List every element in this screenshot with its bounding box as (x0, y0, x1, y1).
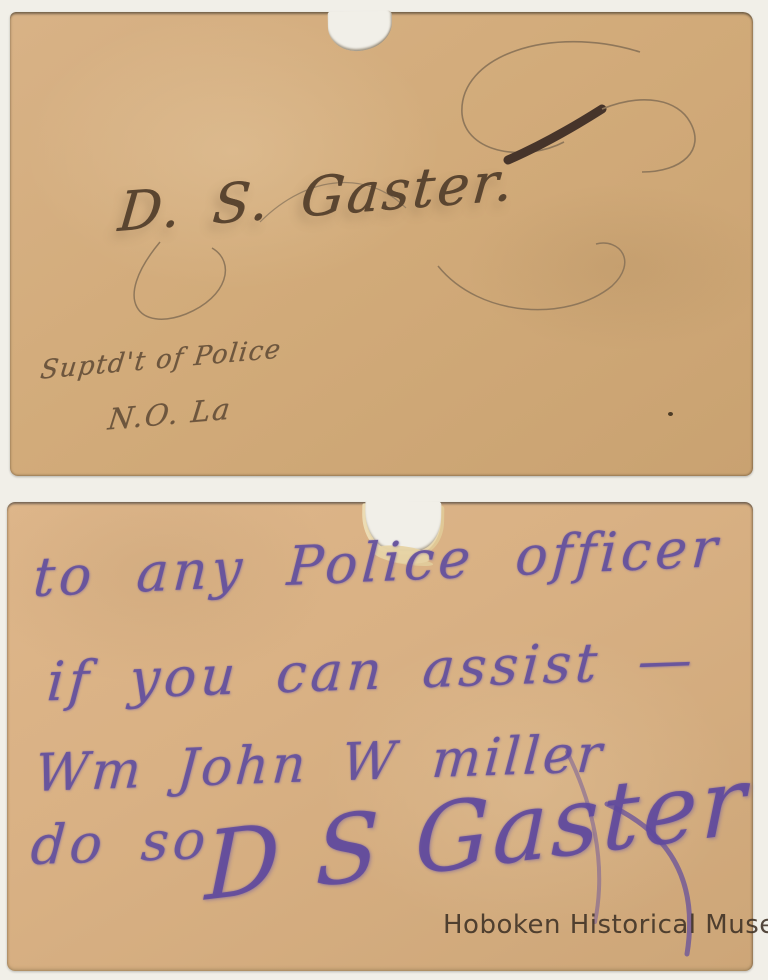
card-front-title-line1: Suptd't of Police (39, 336, 283, 383)
paper-speck (668, 412, 673, 416)
torn-notch-front (328, 10, 393, 51)
card-front-name: D. S. Gaster. (116, 154, 518, 240)
scanned-photo: D. S. Gaster. Suptd't of Police N.O. La … (0, 0, 768, 980)
handwritten-note-line4: do so (29, 813, 211, 873)
card-front-title-line2: N.O. La (106, 394, 233, 434)
museum-watermark: Hoboken Historical Museum (443, 910, 768, 940)
card-back: to any Police officer if you can assist … (7, 502, 753, 971)
card-front: D. S. Gaster. Suptd't of Police N.O. La (10, 12, 753, 476)
handwritten-note-line1: to any Police officer (32, 521, 723, 605)
handwritten-note-line2: if you can assist — (45, 633, 698, 710)
